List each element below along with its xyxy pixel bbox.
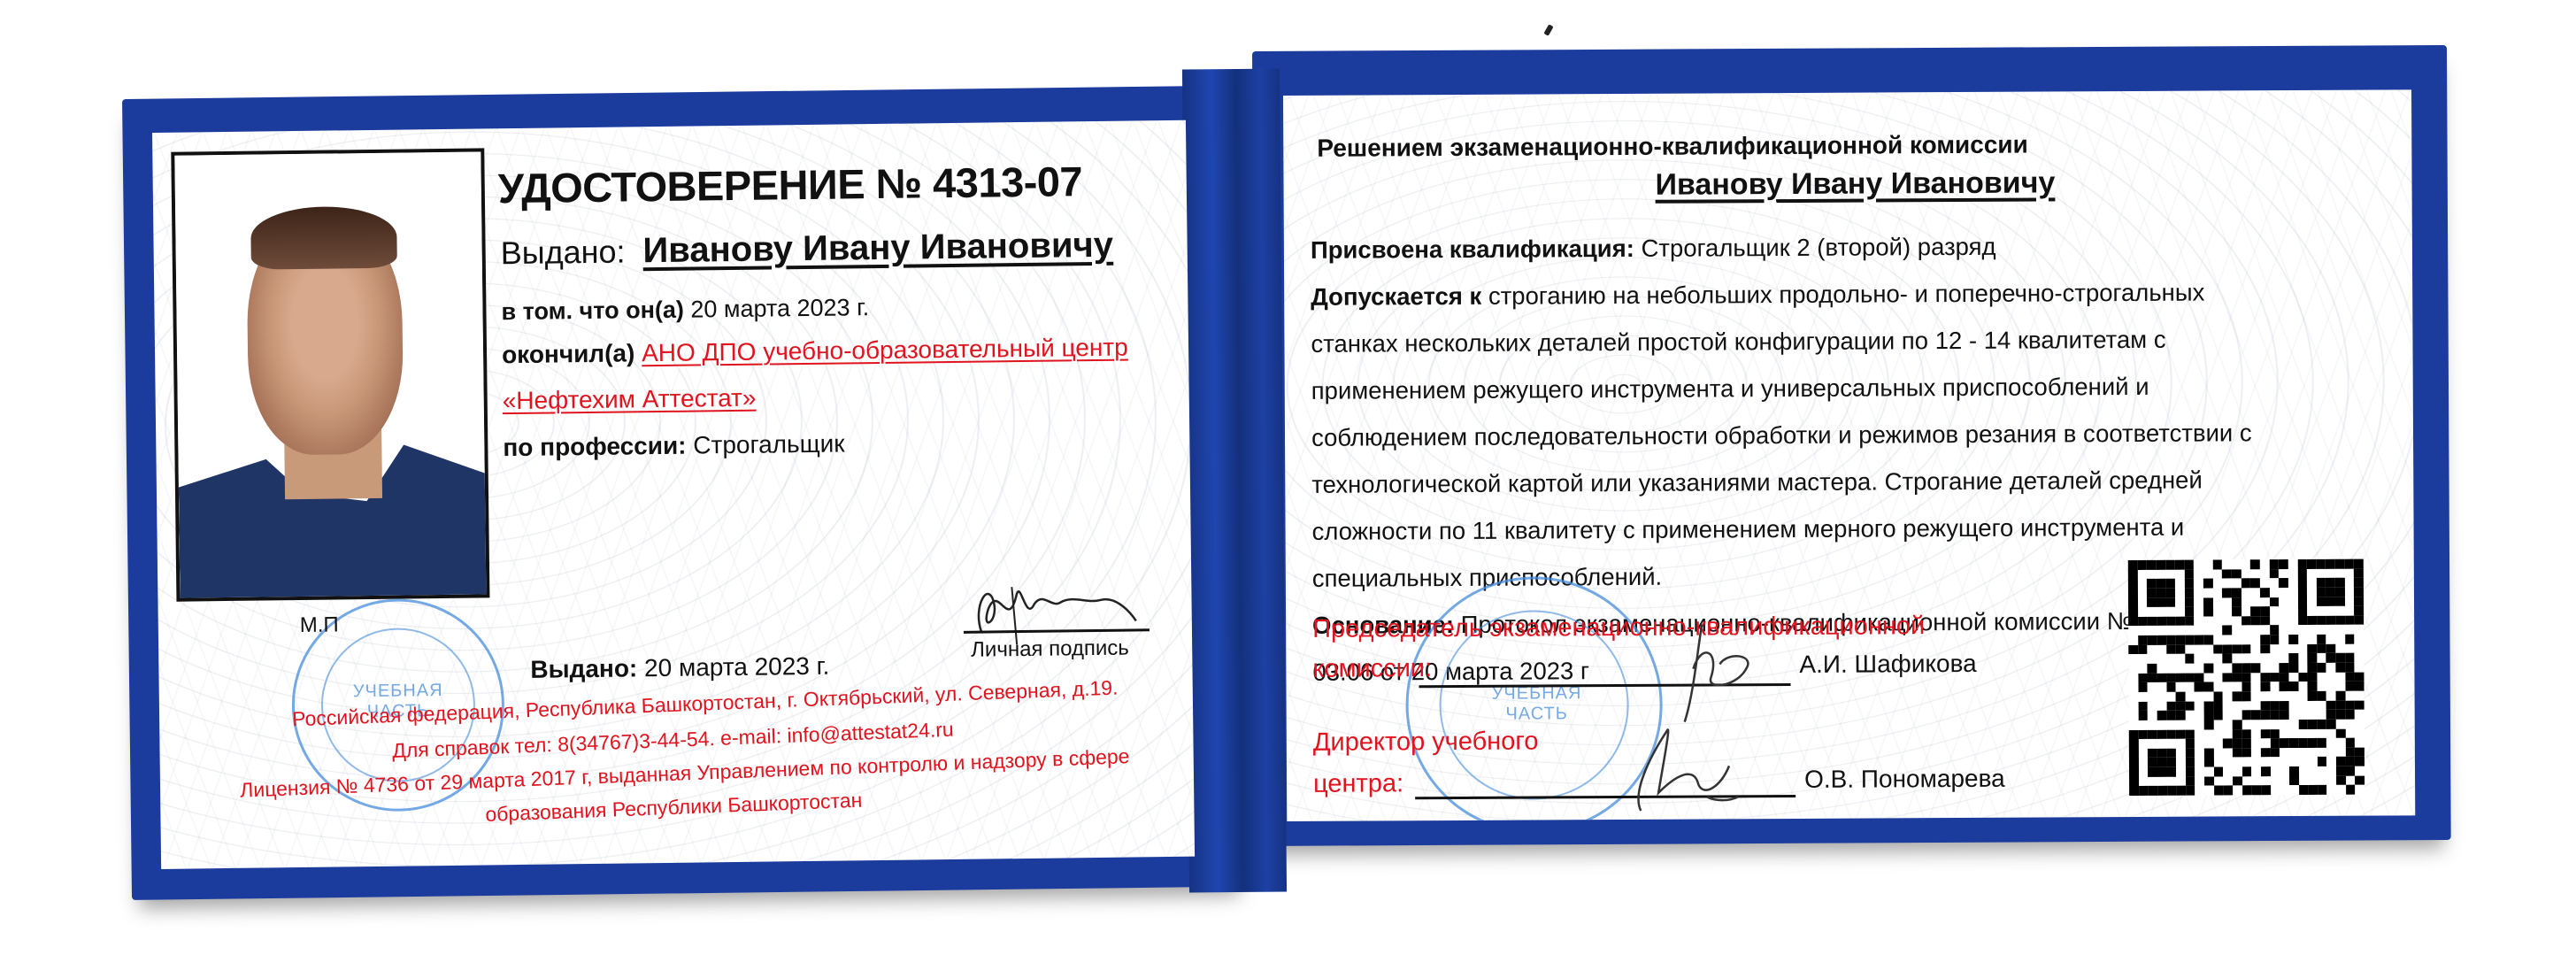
qr-module [2195,664,2204,674]
qr-module [2233,701,2242,711]
qr-module [2157,739,2167,749]
qr-module [2279,559,2288,569]
admitted-text-2: применением режущего инструмента и униве… [1311,362,2382,414]
qr-module [2242,663,2251,673]
qr-module [2176,767,2186,777]
qr-module [2270,635,2280,644]
qr-module [2157,579,2166,589]
qr-module [2279,606,2288,616]
qr-module [2203,644,2213,654]
qr-module [2128,664,2138,674]
qr-module [2157,597,2166,607]
qr-module [2288,588,2298,597]
qr-module [2148,729,2157,739]
qr-module [2317,606,2326,616]
qr-module [2195,739,2204,749]
qr-module [2204,776,2214,786]
qr-module [2129,758,2139,767]
qr-module [2232,579,2242,589]
qr-module [2148,767,2157,777]
booklet-spine [1182,69,1287,893]
qr-module [2336,757,2346,766]
qr-module [2242,786,2252,796]
qr-module [2250,578,2260,588]
qr-module [2138,720,2148,730]
qr-module [2335,578,2345,588]
qr-module [2148,720,2157,730]
qr-module [2204,711,2214,720]
qr-module [2242,616,2251,626]
qr-module [2270,748,2280,758]
qr-module [2280,738,2289,748]
qr-module [2128,654,2138,664]
qr-module [2223,682,2233,692]
qr-module [2157,617,2166,627]
qr-module [2355,728,2365,738]
qr-module [2233,720,2242,729]
qr-module [2138,635,2148,645]
qr-module [2204,767,2214,777]
qr-module [2148,692,2157,702]
qr-module [2176,748,2186,758]
qr-module [2195,673,2204,682]
qr-module [2213,682,2223,692]
qr-module [2176,692,2186,702]
qr-module [2147,597,2157,607]
qr-module [2128,682,2138,692]
qr-module [2223,739,2233,749]
qr-module [2299,766,2309,776]
qr-module [2176,664,2186,674]
qr-module [2166,644,2176,654]
qr-module [2242,588,2251,597]
qr-module [2129,749,2139,759]
qr-module [2138,739,2148,749]
qr-module [2251,766,2261,776]
qr-module [2186,758,2195,767]
issue-date-label: Выдано: [530,654,637,682]
qr-module [2270,644,2280,654]
qr-module [2298,682,2308,691]
qr-module [2298,710,2308,720]
qr-module [2185,635,2195,645]
qr-module [2261,786,2271,796]
qr-module [2176,673,2186,682]
qr-module [2289,738,2299,748]
qr-module [2336,728,2346,738]
qr-module [2157,711,2167,720]
qr-module [2139,749,2149,759]
qr-module [2336,775,2346,785]
qr-module [2157,758,2167,767]
qr-module [2345,672,2355,682]
qr-module [2185,597,2195,607]
qr-module [2166,673,2176,682]
qr-module [2280,701,2289,711]
qr-module [2128,560,2138,570]
qr-module [2279,569,2288,579]
qr-module [2336,748,2346,758]
qr-module [2355,700,2365,710]
qr-module [2346,738,2356,748]
qr-module [2308,720,2318,729]
qr-module [2326,700,2336,710]
qr-module [2318,785,2327,795]
qr-module [2185,654,2195,664]
qr-module [2223,748,2233,758]
qr-module [2166,617,2176,627]
qr-module [2355,653,2365,663]
qr-module [2317,673,2326,682]
qr-module [2157,664,2166,674]
qr-module [2157,692,2166,702]
qr-module [2186,786,2195,796]
qr-module [2128,597,2138,607]
qr-module [2148,739,2157,749]
qr-module [2175,569,2185,579]
qr-module [2147,626,2157,635]
qr-module [2213,635,2223,645]
qr-module [2175,617,2185,627]
qr-module [2250,569,2260,579]
qr-module [2223,691,2233,701]
qr-module [2175,589,2185,598]
qr-module [2298,691,2308,701]
qr-module [2345,606,2355,616]
qr-module [2214,776,2224,786]
qr-module [2157,560,2166,570]
qr-module [2335,625,2345,635]
certificate-title: УДОСТОВЕРЕНИЕ № 4313-07 [497,157,1082,212]
qr-module [2271,758,2280,767]
qr-module [2194,588,2203,597]
qr-module [2298,606,2308,616]
qr-module [2250,616,2260,626]
qr-module [2298,748,2308,758]
qr-module [2279,626,2288,635]
qr-module [2326,766,2336,776]
qr-module [2260,654,2270,664]
qr-module [2289,710,2299,720]
qr-module [2345,615,2355,625]
qr-module [2308,682,2318,691]
qr-module [2194,569,2203,579]
seal-place-label: М.П [300,612,339,638]
qr-module [2308,728,2318,738]
qr-module [2213,569,2223,579]
qr-module [2148,682,2157,692]
qr-module [2261,720,2271,729]
qr-module [2148,701,2157,711]
qr-module [2270,616,2280,626]
qr-module [2232,644,2242,654]
qr-module [2251,701,2261,711]
qr-module [2223,720,2233,729]
qr-module [2186,767,2195,777]
seal-text-right: УЧЕБНАЯ ЧАСТЬ [1461,683,1611,725]
qr-module [2194,597,2203,607]
qr-module [2213,588,2223,597]
qr-module [2317,578,2326,588]
qr-module [2204,691,2214,701]
qr-module [2345,568,2355,578]
qr-module [2260,691,2270,701]
qr-module [2336,766,2346,776]
qr-module [2326,663,2336,673]
qr-module [2288,625,2298,635]
qr-module [2232,635,2242,644]
qr-module [2148,786,2157,796]
qr-module [2165,560,2175,570]
qr-module [2355,643,2365,653]
qr-module [2288,701,2298,711]
qr-module [2280,729,2289,739]
qr-module [2355,747,2365,757]
qr-module [2195,644,2204,654]
qr-module [2270,597,2280,607]
qualification-label: Присвоена квалификация: [1311,235,1634,264]
qr-module [2185,616,2195,626]
qr-module [2166,701,2176,711]
qr-module [2129,692,2139,702]
qr-module [2251,644,2261,654]
qr-module [2270,654,2280,664]
qr-module [2157,767,2167,777]
qr-module [2128,607,2138,617]
qr-module [2297,578,2307,588]
qr-module [2147,589,2157,598]
qr-module [2157,720,2167,730]
qr-module [2251,663,2261,673]
qr-module [2138,729,2148,739]
qr-module [2128,579,2138,589]
qr-module [2317,597,2326,606]
qr-module [2270,663,2280,673]
holder-name: Иванову Ивану Ивановичу [642,226,1113,270]
qr-module [2354,578,2364,588]
qr-module [2204,701,2214,711]
qr-module [2355,625,2365,635]
qr-module [2326,682,2336,691]
qr-module [2242,766,2252,776]
qr-module [2297,588,2307,597]
qr-module [2129,711,2139,720]
qr-module [2129,777,2139,787]
qr-module [2345,635,2355,644]
qr-module [2203,616,2213,626]
qr-module [2261,729,2271,739]
qr-module [2147,617,2157,627]
qr-module [2242,729,2251,739]
qr-module [2326,625,2336,635]
admitted-text-5: сложности по 11 квалитету с применением … [1311,503,2382,555]
qr-module [2317,653,2326,663]
qr-module [2214,758,2224,767]
qr-module [2166,758,2176,767]
qr-module [2251,710,2261,720]
qr-module [2223,711,2233,720]
qr-module [2308,785,2318,795]
qr-module [2185,607,2195,617]
qr-module [2250,588,2260,597]
qr-module [2233,738,2242,748]
qr-module [2270,626,2280,635]
qr-module [2128,674,2138,683]
qr-module [2223,654,2233,664]
qr-module [2138,607,2148,617]
qr-module [2317,700,2326,710]
qr-module [2269,578,2279,588]
qr-module [2176,654,2186,664]
qr-module [2242,606,2251,616]
qr-module [2307,559,2317,569]
qr-module [2355,775,2365,785]
qr-module [2336,785,2346,795]
qr-module [2298,635,2308,644]
qr-module [2355,710,2365,720]
qr-module [2345,682,2355,691]
qr-module [2157,607,2166,617]
qr-module [2138,597,2148,607]
qr-module [2271,766,2280,776]
qr-module [2232,569,2242,579]
qr-module [2138,701,2148,711]
qr-module [2345,700,2355,710]
qr-module [2195,682,2204,692]
qr-module [2147,635,2157,645]
qr-module [2251,786,2261,796]
qr-module [2260,635,2270,644]
qr-module [2241,569,2250,579]
admitted-text-4: технологической картой или указаниями ма… [1311,456,2382,508]
qr-module [2175,597,2185,607]
qr-module [2242,635,2251,644]
qr-module [2195,626,2204,635]
qr-module [2317,663,2326,673]
qr-module [2250,597,2260,607]
qr-module [2195,786,2205,796]
qr-module [2203,560,2213,570]
qr-module [2203,597,2213,607]
qr-module [2138,654,2148,664]
qr-module [2260,559,2270,569]
qr-module [2213,626,2223,635]
qr-module [2233,729,2242,739]
qr-module [2233,682,2242,692]
profession-line: по профессии: Строгальщик [503,429,845,462]
qr-module [2279,616,2288,626]
finished-label: окончил(а) [502,339,635,368]
qr-module [2317,625,2326,635]
qr-module [2138,711,2148,720]
qr-module [2185,664,2195,674]
qr-module [2232,607,2242,617]
qr-module [2346,747,2356,757]
qr-module [2326,588,2335,597]
qr-module [2307,625,2317,635]
qr-module [2214,748,2224,758]
qr-module [2166,664,2176,674]
director-label-line2: центра: [1313,769,1403,799]
qr-module [2138,674,2148,683]
qr-module [2270,738,2280,748]
qr-module [2232,616,2242,626]
qr-module [2261,748,2271,758]
qr-module [2270,682,2280,691]
qr-module [2233,786,2242,796]
qr-module [2318,766,2327,776]
qr-module [2260,569,2270,579]
qr-module [2204,673,2214,682]
qr-module [2326,559,2335,569]
qr-module [2223,626,2233,635]
qr-module [2335,643,2345,653]
qr-module [2232,626,2242,635]
qr-module [2326,644,2336,654]
qr-module [2355,663,2365,673]
qr-module [2346,775,2356,785]
qr-module [2250,559,2260,569]
qr-module [2270,691,2280,701]
qr-module [2185,569,2195,579]
qr-module [2289,785,2299,795]
qr-module [2317,710,2326,720]
qr-module [2270,673,2280,682]
qr-module [2299,785,2309,795]
qr-module [2318,728,2327,738]
qr-module [2204,682,2214,692]
qr-module [2317,635,2326,644]
qr-code[interactable] [2128,559,2365,796]
qr-module [2251,748,2261,758]
qr-module [2345,653,2355,663]
qr-module [2317,616,2326,626]
qr-module [2195,720,2204,729]
qr-module [2233,758,2242,767]
qr-module [2242,776,2252,786]
qr-module [2138,664,2148,674]
qr-module [2157,777,2167,787]
qr-module [2317,568,2326,578]
qr-module [2251,635,2261,644]
qr-module [2317,691,2326,701]
qr-module [2195,692,2204,702]
qr-module [2280,691,2289,701]
qr-module [2355,691,2365,701]
qr-module [2289,720,2299,729]
qr-module [2195,711,2204,720]
qr-module [2204,729,2214,739]
qr-module [2308,673,2318,682]
qr-module [2204,739,2214,749]
qr-module [2289,776,2299,786]
qr-module [2214,729,2224,739]
qr-module [2195,748,2204,758]
qr-module [2326,710,2336,720]
qr-module [2288,569,2298,579]
qr-module [2166,720,2176,730]
photo-hair [250,206,397,270]
qr-module [2166,749,2176,759]
completion-date-line: в том. что он(а) 20 марта 2023 г. [501,294,869,326]
qr-module [2204,720,2214,729]
qr-module [2204,748,2214,758]
qr-module [2335,663,2345,673]
qr-module [2288,597,2298,607]
qr-module [2251,691,2261,701]
qr-module [2308,757,2318,766]
qr-module [2307,606,2317,616]
